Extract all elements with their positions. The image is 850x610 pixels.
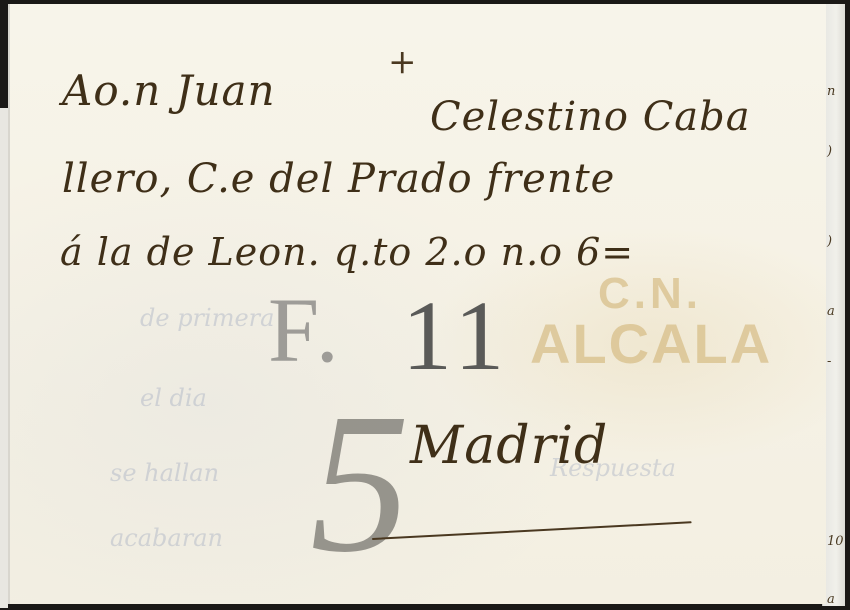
show-through-text: acabaran: [110, 524, 223, 552]
back-fragment: n: [827, 84, 835, 99]
address-line-1b: Celestino Caba: [430, 94, 751, 140]
show-through-text: se hallan: [110, 459, 219, 487]
rate-stamp: 11: [402, 286, 510, 386]
origin-postmark-line2: ALCALA: [530, 316, 770, 372]
back-fragment: 10: [827, 534, 844, 549]
back-fragment: -: [827, 354, 831, 369]
back-fragment: ): [827, 234, 832, 249]
destination-underline: [372, 521, 692, 540]
origin-postmark-line1: C.N.: [530, 272, 770, 316]
cross-mark: +: [388, 42, 418, 82]
address-line-3: á la de Leon. q.to 2.o n.o 6=: [60, 230, 634, 274]
back-fragment: a: [827, 592, 835, 607]
show-through-text: el dia: [140, 384, 207, 412]
address-line-2: llero, C.e del Prado frente: [62, 156, 615, 202]
origin-postmark: C.N. ALCALA: [530, 272, 770, 412]
underlying-sheet-edge: [0, 108, 8, 608]
back-fragment: a: [827, 304, 835, 319]
show-through-text: de primera: [140, 304, 274, 332]
letter-sheet: de primera el dia se hallan acabaran Res…: [8, 4, 826, 604]
back-fragment: ): [827, 144, 832, 159]
destination-city: Madrid: [410, 416, 608, 476]
address-line-1: Ao.n Juan: [62, 66, 276, 115]
franchise-stamp: F.: [268, 284, 343, 376]
manuscript-rate: 5: [310, 384, 410, 584]
